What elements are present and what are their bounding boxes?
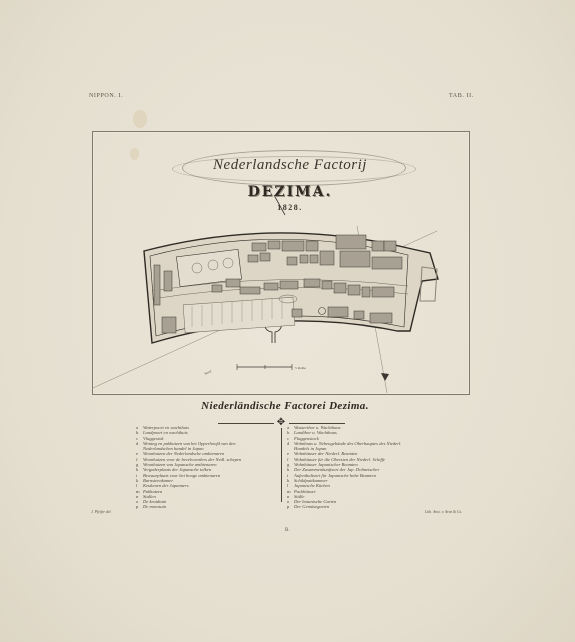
- draughtsman-credit: J. Pfeifer del.: [91, 510, 111, 514]
- legend-item: pDer Gemüsegarten: [287, 504, 462, 509]
- north-arrow-icon: [381, 373, 389, 381]
- foxing-stain: [133, 110, 147, 128]
- legend-dutch: aWaterpoort en wachthuis bLandpoort en w…: [136, 425, 276, 510]
- series-label: NIPPON. I.: [89, 93, 123, 99]
- plate-number: B.: [285, 528, 290, 533]
- lithographer-credit: Lith. Anst. v. Arnz & Co.: [425, 510, 462, 514]
- flag-staff: [274, 195, 285, 215]
- scale-label: 5 Ruthe: [295, 366, 306, 370]
- scale-bar: [237, 364, 292, 370]
- legend-title: Niederländische Factorei Dezima.: [195, 400, 375, 412]
- island-plan: 5 Ruthe Nord: [92, 131, 468, 393]
- legend-rule-right: [289, 423, 345, 424]
- legend-german: aWasserthor u. Wachthaus bLandthor u. Wa…: [287, 425, 462, 510]
- legend-divider: [281, 428, 282, 502]
- direction-label: Nord: [204, 369, 212, 376]
- legend-rule-left: [218, 423, 274, 424]
- legend-item: pDe moestuin: [136, 504, 276, 509]
- plate-label: TAB. II.: [449, 93, 474, 99]
